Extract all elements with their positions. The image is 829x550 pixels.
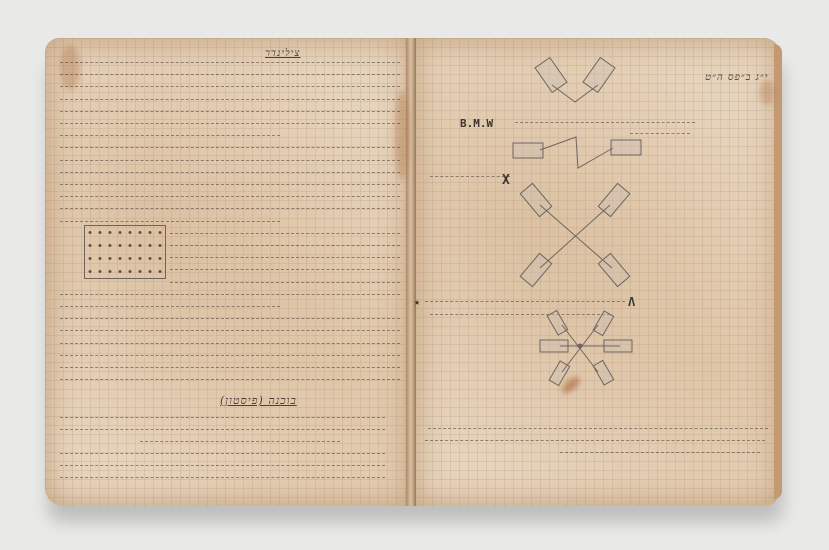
boxer-engine-diagram: [513, 137, 641, 168]
x-engine-diagram: [520, 183, 630, 286]
engine-diagrams: [0, 0, 829, 550]
radial-engine-diagram: [540, 310, 632, 385]
v-engine-diagram: [535, 58, 615, 102]
